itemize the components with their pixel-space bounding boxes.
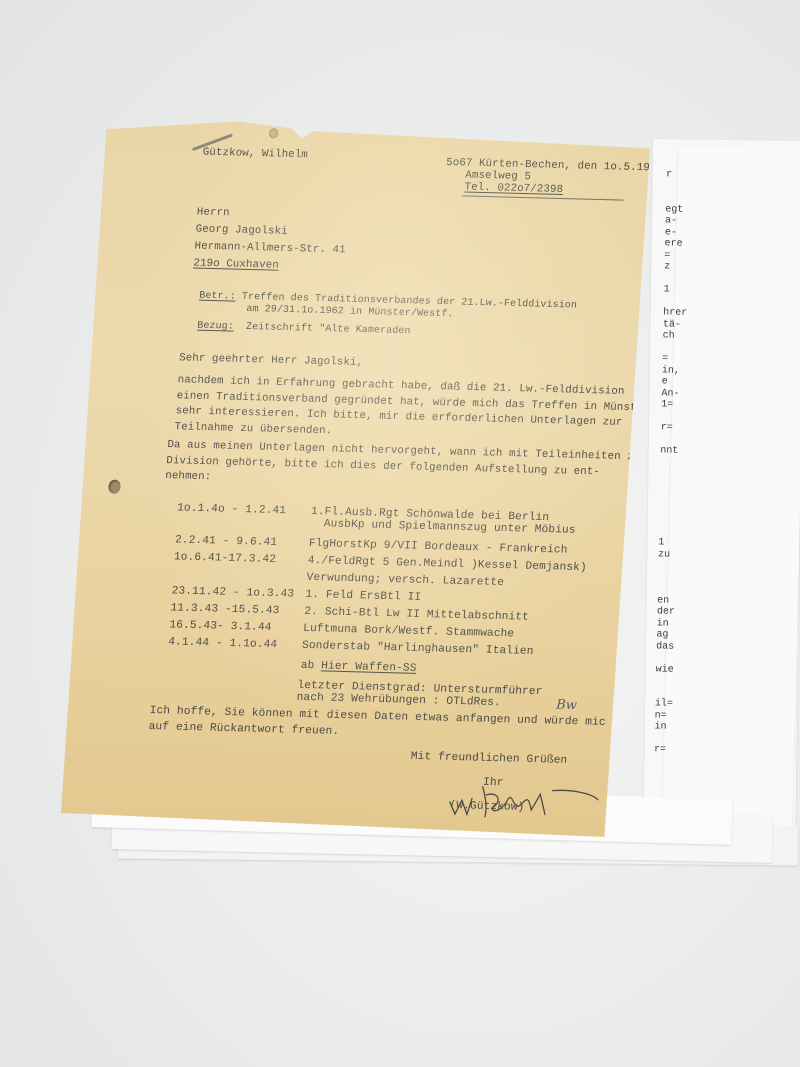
service-unit: FlgHorstKp 9/VII Bordeaux - Frankreich bbox=[308, 536, 588, 560]
text-line: nach 23 Wehrübungen : OTLdRes. bbox=[296, 692, 542, 710]
text-line: nachdem ich in Erfahrung gebracht habe, … bbox=[177, 373, 651, 401]
text-line: letzter Dienstgrad: Untersturmführer bbox=[297, 680, 543, 698]
service-unit: 1.Fl.Ausb.Rgt Schönwalde bei Berlin bbox=[310, 506, 590, 526]
text-line: nehmen: bbox=[165, 469, 646, 497]
staple-icon bbox=[192, 134, 233, 152]
signed-name: (W.Gützkow) bbox=[449, 800, 525, 815]
service-units-column: 1.Fl.Ausb.Rgt Schönwalde bei Berlin Ausb… bbox=[301, 506, 590, 662]
text-line: sehr interessieren. Ich bitte, mir die e… bbox=[175, 404, 649, 432]
sender-name: Gützkow, Wilhelm bbox=[202, 147, 308, 163]
service-date: 4.1.44 - 1.1o.44 bbox=[168, 634, 292, 654]
service-unit: AusbKp und Spielmannszug unter Möbius bbox=[310, 519, 590, 537]
text-line: einen Traditionsverband gegründet hat, w… bbox=[176, 389, 650, 417]
handwritten-note: Bw bbox=[556, 698, 578, 714]
reference-label: Bezug: bbox=[197, 321, 234, 333]
paragraph-1: nachdem ich in Erfahrung gebracht habe, … bbox=[174, 373, 651, 447]
waffen-ss-line: ab Hier Waffen-SS bbox=[300, 660, 417, 676]
staple-remnant-icon bbox=[269, 128, 279, 138]
text-line: Teilnahme zu übersenden. bbox=[174, 420, 648, 448]
service-date bbox=[172, 566, 296, 586]
service-dates-column: 1o.1.4o - 1.2.41 2.2.41 - 9.6.411o.6.41-… bbox=[168, 502, 300, 654]
paragraph-2: Da aus meinen Unterlagen nicht hervorgeh… bbox=[165, 438, 648, 497]
service-date: 11.3.43 -15.5.43 bbox=[170, 600, 294, 620]
salutation: Sehr geehrter Herr Jagolski, bbox=[179, 352, 364, 370]
subject-text: Treffen des Traditionsverbandes der 21.L… bbox=[242, 292, 578, 312]
recipient-line: Herrn bbox=[196, 206, 230, 220]
text-line: Ich hoffe, Sie können mit diesen Daten e… bbox=[149, 704, 606, 731]
letter-page: Gützkow, Wilhelm 5o67 Kürten-Bechen, den… bbox=[60, 118, 651, 837]
closing-ihr: Ihr bbox=[483, 777, 504, 791]
service-unit: 2. Schi-Btl Lw II Mittelabschnitt bbox=[304, 604, 584, 628]
service-unit: 1. Feld ErsBtl II bbox=[305, 587, 585, 611]
reference-text: Zeitschrift "Alte Kameraden bbox=[246, 322, 411, 337]
subject-line: Betr.: Treffen des Traditionsverbandes d… bbox=[199, 291, 578, 313]
recipient-line: 219o Cuxhaven bbox=[193, 257, 279, 272]
service-date: 16.5.43- 3.1.44 bbox=[169, 617, 293, 637]
service-date: 1o.1.4o - 1.2.41 bbox=[177, 502, 300, 518]
reference-line: Bezug: Zeitschrift "Alte Kameraden bbox=[197, 321, 411, 339]
text-line: Division gehörte, bitte ich dies der fol… bbox=[166, 454, 647, 482]
closing-paragraph: Ich hoffe, Sie können mit diesen Daten e… bbox=[148, 704, 606, 747]
recipient-line: Hermann-Allmers-Str. 41 bbox=[194, 240, 346, 257]
place-date: 5o67 Kürten-Bechen, den 1o.5.1962 bbox=[446, 157, 664, 176]
subject-label: Betr.: bbox=[199, 291, 236, 303]
service-date: 23.11.42 - 1o.3.43 bbox=[171, 583, 295, 603]
service-date bbox=[176, 515, 299, 529]
text-line: Da aus meinen Unterlagen nicht hervorgeh… bbox=[167, 438, 648, 466]
handwritten-signature-icon bbox=[441, 768, 604, 822]
service-unit: Verwundung; versch. Lazarette bbox=[306, 570, 586, 594]
sender-street: Amselweg 5 bbox=[465, 169, 532, 184]
closing-greeting: Mit freundlichen Grüßen bbox=[410, 751, 567, 768]
service-date: 1o.6.41-17.3.42 bbox=[173, 549, 297, 569]
ab-prefix: ab bbox=[300, 660, 321, 673]
recipient-line: Georg Jagolski bbox=[195, 223, 288, 238]
sender-phone: Tel. 022o7/2398 bbox=[464, 181, 563, 197]
rank-lines: letzter Dienstgrad: Untersturmführernach… bbox=[296, 680, 543, 710]
text-line: auf eine Rückantwort freuen. bbox=[148, 719, 605, 746]
ab-underlined-text: Hier Waffen-SS bbox=[321, 660, 417, 674]
punch-hole-icon bbox=[108, 480, 121, 494]
background-page-text: r egt a- e- ere = z 1 hrer tä- ch = in, … bbox=[654, 169, 726, 757]
service-unit: Luftmuna Bork/Westf. Stammwache bbox=[303, 621, 583, 645]
header-rule bbox=[462, 195, 624, 200]
service-date: 2.2.41 - 9.6.41 bbox=[174, 532, 298, 552]
service-unit: 4./FeldRgt 5 Gen.Meindl )Kessel Demjansk… bbox=[307, 553, 587, 577]
service-unit: Sonderstab "Harlinghausen" Italien bbox=[301, 638, 581, 662]
subject-line-2: am 29/31.1o.1962 in Münster/Westf. bbox=[246, 304, 454, 321]
